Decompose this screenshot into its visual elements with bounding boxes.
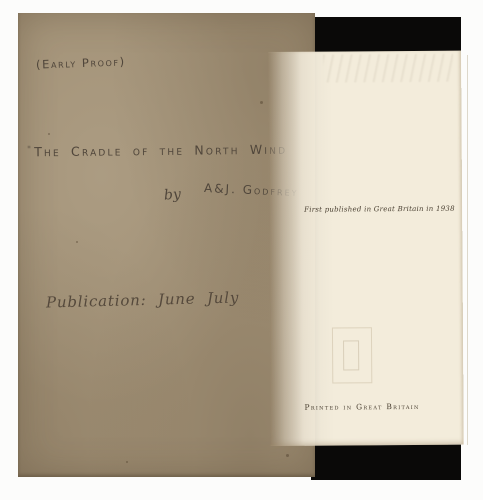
pencil-showthrough-marks [323,54,453,83]
paper-speck [76,241,78,243]
paper-speck [48,133,50,135]
embossed-stamp-inner [343,340,359,370]
cover-byline: by [163,186,181,203]
book-proof-photograph: (Early Proof) "The Cradle of the North W… [0,0,483,500]
title-quote-mark: " [27,145,31,155]
title-page-overlay: First published in Great Britain in 1938… [268,51,464,446]
cover-title-text: The Cradle of the North Wind [34,142,287,160]
paper-speck [126,461,128,463]
cover-title-line: "The Cradle of the North Wind [27,142,287,160]
sheet-edge-line [467,55,468,445]
paper-speck [260,101,263,104]
printer-line: Printed in Great Britain [304,402,419,412]
embossed-stamp-showthrough [332,327,372,383]
paper-speck [286,454,289,457]
imprint-line: First published in Great Britain in 1938 [304,205,455,214]
